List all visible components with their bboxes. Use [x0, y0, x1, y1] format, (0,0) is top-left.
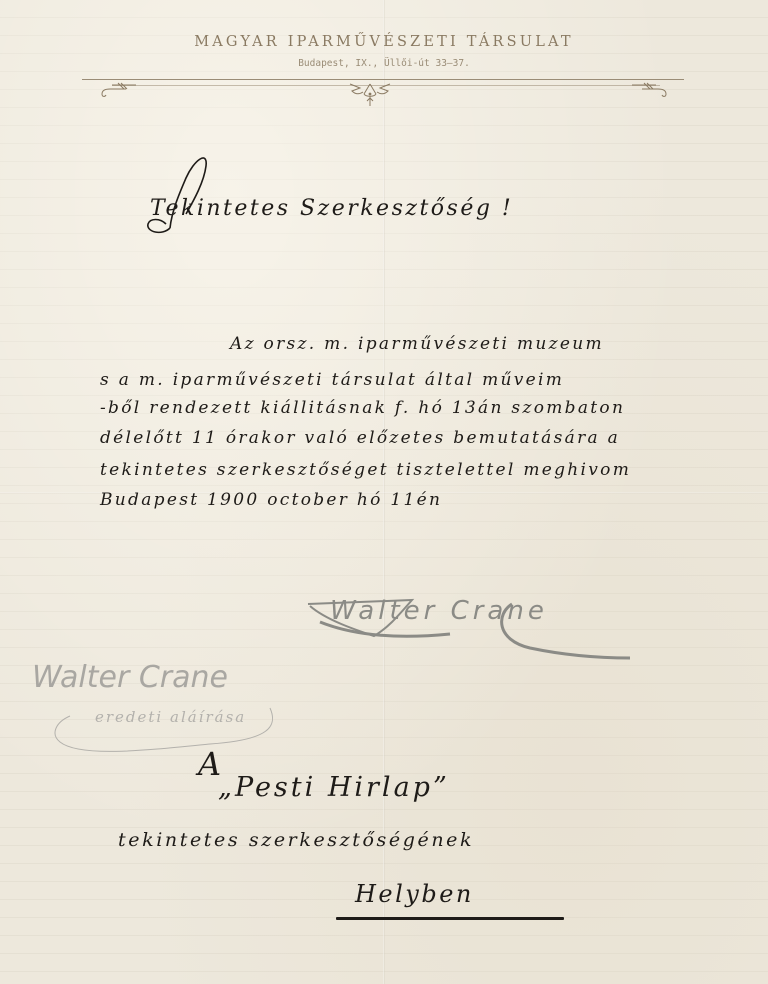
address-line-2: tekintetes szerkesztőségének: [118, 829, 474, 851]
pencil-loop-icon: [40, 700, 280, 780]
body-line: délelőtt 11 órakor való előzetes bemutat…: [100, 428, 620, 448]
address-underline: [336, 917, 564, 920]
address-recipient: „Pesti Hirlap”: [218, 772, 450, 803]
initial-flourish-icon: [140, 140, 220, 240]
letter-page: MAGYAR IPARMŰVÉSZETI TÁRSULAT Budapest, …: [0, 0, 768, 984]
address-line-3: Helyben: [355, 880, 474, 908]
pencil-annotation-name: Walter Crane: [32, 660, 228, 695]
date-line: Budapest 1900 october hó 11én: [100, 490, 442, 510]
body-line: tekintetes szerkesztőséget tisztelettel …: [100, 460, 631, 480]
letterhead-title: MAGYAR IPARMŰVÉSZETI TÁRSULAT: [0, 34, 768, 50]
center-fleuron-icon: [346, 82, 394, 108]
salutation: Tekintetes Szerkesztőség !: [150, 196, 513, 221]
letterhead-rule: [82, 79, 684, 80]
body-line: s a m. iparművészeti társulat által műve…: [100, 370, 564, 390]
left-flourish-icon: [96, 80, 140, 102]
body-line: Az orsz. m. iparművészeti muzeum: [230, 334, 604, 354]
signature: Walter Crane: [330, 596, 548, 626]
right-flourish-icon: [628, 80, 672, 102]
body-line: -ből rendezett kiállitásnak f. hó 13án s…: [100, 398, 625, 418]
letterhead-address: Budapest, IX., Üllői-út 33–37.: [0, 58, 768, 69]
